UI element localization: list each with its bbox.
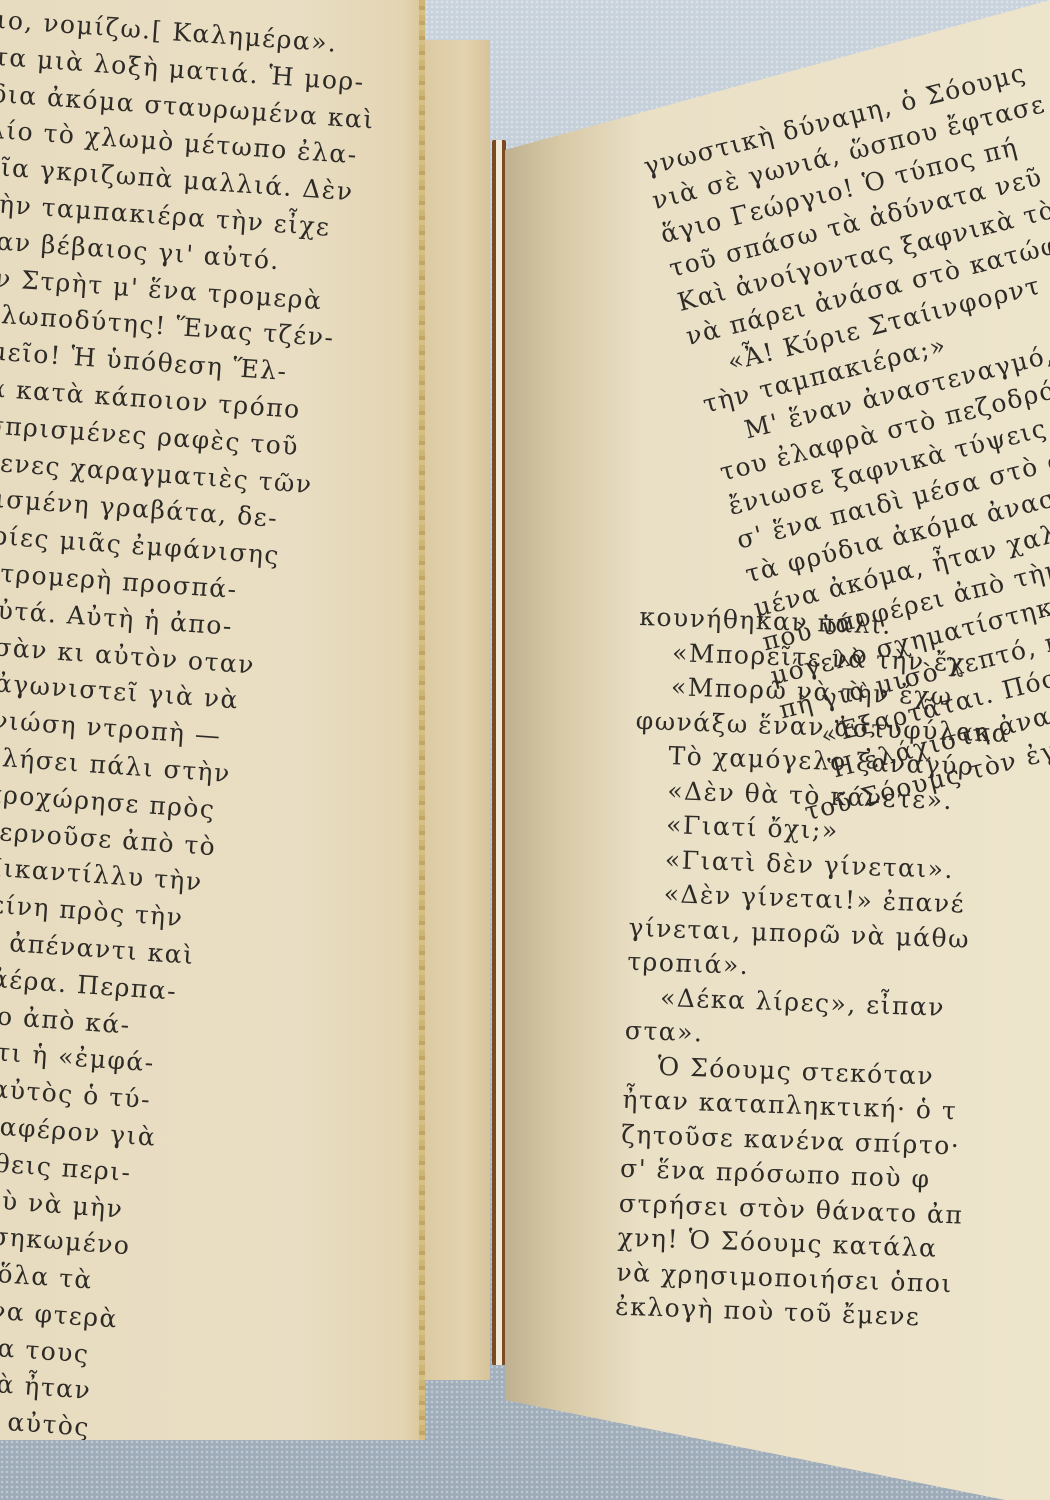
gutter [425, 40, 490, 1380]
left-page: ιο, νομίζω.[ Καλημέρα».τα μιὰ λοξὴ ματιά… [0, 0, 425, 1440]
right-page-text-bottom: κουνήθηκαν πάλι.«Μπορεῖτε νὰ τὴν ἔχ«Μπορ… [615, 600, 1015, 1337]
spine-binding [492, 140, 506, 1365]
book-photo: ιο, νομίζω.[ Καλημέρα».τα μιὰ λοξὴ ματιά… [0, 0, 1050, 1500]
left-page-text: ιο, νομίζω.[ Καλημέρα».τα μιὰ λοξὴ ματιά… [0, 2, 381, 1440]
